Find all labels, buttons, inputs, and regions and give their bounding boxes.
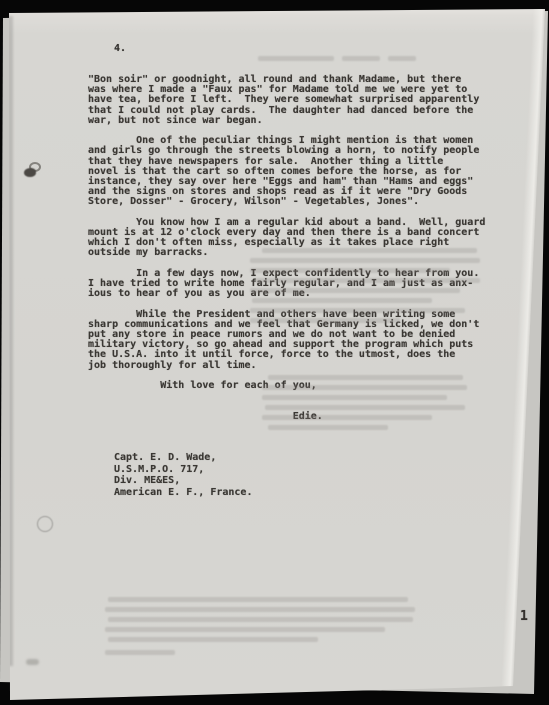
bleedthrough-line	[250, 288, 460, 293]
bleedthrough-line	[108, 597, 408, 602]
bleedthrough-line	[265, 405, 465, 410]
bleedthrough-line	[250, 258, 480, 263]
bleedthrough-line	[250, 308, 465, 313]
letter-page: 4. "Bon soir" or goodnight, all round an…	[0, 0, 549, 705]
bleedthrough-line	[268, 425, 388, 430]
underlying-page-number: 1	[520, 609, 528, 624]
bleedthrough-line	[108, 637, 318, 642]
bleedthrough-line	[388, 56, 416, 61]
bleedthrough-line	[258, 56, 334, 61]
bleedthrough-line	[255, 278, 480, 283]
bleedthrough-line	[268, 375, 463, 380]
bleedthrough-line	[262, 395, 447, 400]
bleedthrough-line	[342, 56, 380, 61]
hole-punch-ring	[37, 516, 53, 532]
bleedthrough-line	[105, 650, 175, 655]
bleedthrough-line	[250, 318, 400, 323]
bleedthrough-line	[262, 415, 432, 420]
pen-scribble-mark	[24, 161, 43, 180]
pen-scribble-blob	[24, 168, 36, 177]
bleedthrough-line	[105, 627, 385, 632]
address-block: Capt. E. D. Wade, U.S.M.P.O. 717, Div. M…	[114, 452, 252, 498]
bleedthrough-line	[262, 248, 477, 253]
bleedthrough-line	[105, 607, 415, 612]
scanned-letter-page: 1 4. "Bon soir" or goodnight, all round …	[0, 0, 549, 705]
bleedthrough-line	[108, 617, 413, 622]
bleedthrough-line	[250, 268, 450, 273]
page-number: 4.	[114, 43, 126, 54]
bleedthrough-line	[252, 298, 432, 303]
bleedthrough-line	[262, 385, 467, 390]
ink-smudge	[26, 659, 39, 665]
